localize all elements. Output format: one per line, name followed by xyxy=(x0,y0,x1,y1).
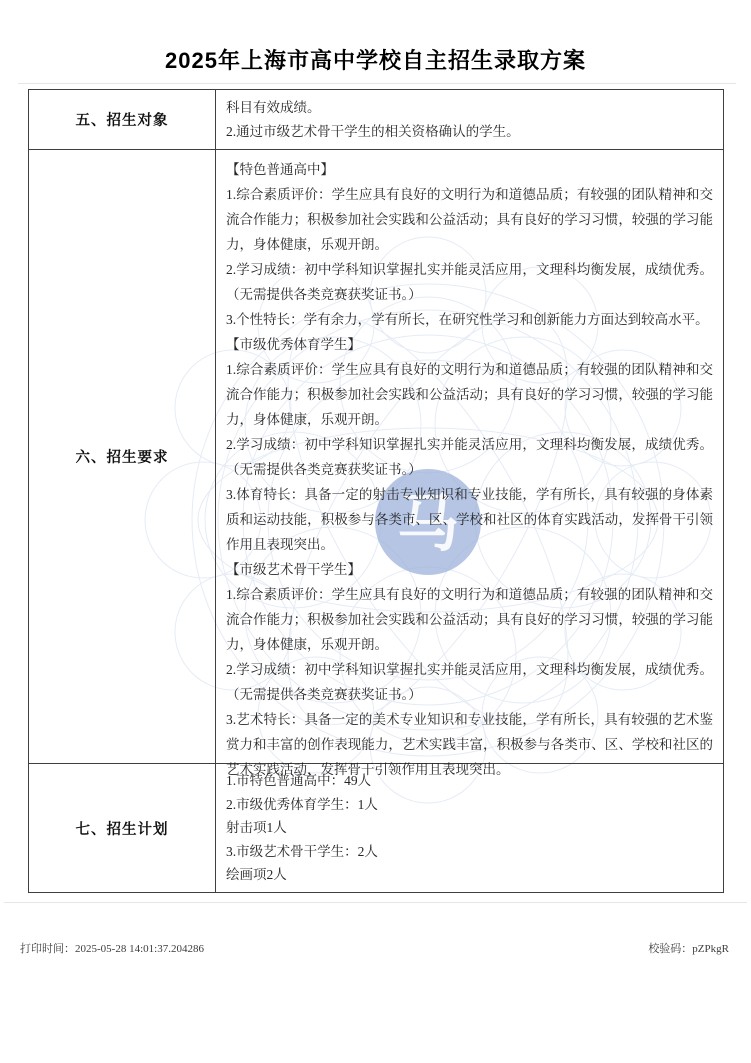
print-time-text: 打印时间：2025-05-28 14:01:37.204286 xyxy=(20,940,204,956)
row-label: 五、招生对象 xyxy=(29,90,216,149)
content-paragraph: 2.学习成绩：初中学科知识掌握扎实并能灵活应用，文理科均衡发展，成绩优秀。（无需… xyxy=(226,657,713,707)
content-paragraph: 2.通过市级艺术骨干学生的相关资格确认的学生。 xyxy=(226,120,713,144)
page-title: 2025年上海市高中学校自主招生录取方案 xyxy=(0,44,751,75)
page-edge-line-top xyxy=(18,83,736,84)
content-paragraph: 【市级优秀体育学生】 xyxy=(226,332,713,357)
content-paragraph: 3.个性特长：学有余力，学有所长，在研究性学习和创新能力方面达到较高水平。 xyxy=(226,307,713,332)
table-row: 五、招生对象科目有效成绩。2.通过市级艺术骨干学生的相关资格确认的学生。 xyxy=(29,90,723,150)
row-content: 科目有效成绩。2.通过市级艺术骨干学生的相关资格确认的学生。 xyxy=(216,90,723,149)
document-page: 马 2025年上海市高中学校自主招生录取方案 五、招生对象科目有效成绩。2.通过… xyxy=(0,0,751,1063)
table-row: 六、招生要求【特色普通高中】1.综合素质评价：学生应具有良好的文明行为和道德品质… xyxy=(29,150,723,764)
content-paragraph: 【特色普通高中】 xyxy=(226,157,713,182)
content-paragraph: 射击项1人 xyxy=(226,816,713,840)
content-paragraph: 2.市级优秀体育学生：1人 xyxy=(226,793,713,817)
enrollment-table: 五、招生对象科目有效成绩。2.通过市级艺术骨干学生的相关资格确认的学生。六、招生… xyxy=(28,89,724,893)
content-paragraph: 1.市特色普通高中：49人 xyxy=(226,769,713,793)
content-paragraph: 3.体育特长：具备一定的射击专业知识和专业技能，学有所长，具有较强的身体素质和运… xyxy=(226,482,713,557)
row-label: 六、招生要求 xyxy=(29,150,216,763)
table-row: 七、招生计划1.市特色普通高中：49人2.市级优秀体育学生：1人射击项1人3.市… xyxy=(29,764,723,892)
page-edge-line-bottom xyxy=(4,902,747,903)
content-paragraph: 2.学习成绩：初中学科知识掌握扎实并能灵活应用，文理科均衡发展，成绩优秀。（无需… xyxy=(226,432,713,482)
content-paragraph: 1.综合素质评价：学生应具有良好的文明行为和道德品质；有较强的团队精神和交流合作… xyxy=(226,182,713,257)
content-paragraph: 科目有效成绩。 xyxy=(226,96,713,120)
content-paragraph: 2.学习成绩：初中学科知识掌握扎实并能灵活应用，文理科均衡发展，成绩优秀。（无需… xyxy=(226,257,713,307)
verify-code-text: 校验码：pZPkgR xyxy=(648,940,729,956)
content-paragraph: 绘画项2人 xyxy=(226,863,713,887)
row-content: 1.市特色普通高中：49人2.市级优秀体育学生：1人射击项1人3.市级艺术骨干学… xyxy=(216,764,723,892)
row-label: 七、招生计划 xyxy=(29,764,216,892)
content-paragraph: 1.综合素质评价：学生应具有良好的文明行为和道德品质；有较强的团队精神和交流合作… xyxy=(226,582,713,657)
content-paragraph: 【市级艺术骨干学生】 xyxy=(226,557,713,582)
content-paragraph: 3.市级艺术骨干学生：2人 xyxy=(226,840,713,864)
row-content: 【特色普通高中】1.综合素质评价：学生应具有良好的文明行为和道德品质；有较强的团… xyxy=(216,150,723,763)
content-paragraph: 1.综合素质评价：学生应具有良好的文明行为和道德品质；有较强的团队精神和交流合作… xyxy=(226,357,713,432)
